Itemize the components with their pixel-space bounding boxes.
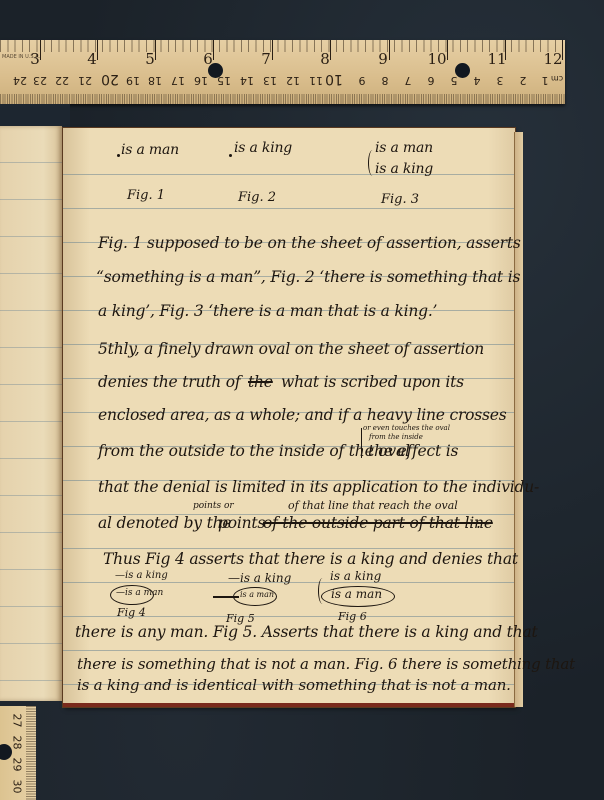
fig6-label: Fig 6 — [338, 610, 367, 623]
inch-tick — [40, 40, 41, 60]
text-line-6: enclosed area, as a whole; and if a heav… — [98, 406, 507, 424]
cm-label: 11 — [309, 74, 323, 87]
text-line-9b: points — [218, 514, 265, 532]
cm-label: 30 — [11, 780, 24, 794]
cm-label: 28 — [11, 736, 24, 750]
cm-label: 8 — [382, 74, 389, 87]
inch-label: 11 — [487, 50, 506, 68]
ruler-hole — [208, 63, 223, 78]
cm-label: 4 — [474, 74, 481, 87]
cm-label: 3 — [497, 74, 504, 87]
graph-dot — [117, 154, 120, 157]
inch-label: 7 — [261, 50, 271, 68]
insertion-points-or: points or — [193, 501, 234, 511]
fig4-outside: —is a king — [115, 570, 168, 581]
cm-label: 23 — [33, 74, 47, 87]
cm-label: 1 — [542, 74, 549, 87]
text-line-11: there is any man. Fig 5. Asserts that th… — [75, 623, 538, 641]
ruler-left-ticks — [26, 706, 36, 800]
cm-label: 18 — [148, 74, 162, 87]
ruler-left: 27 28 29 30 — [0, 706, 36, 800]
inch-label: 8 — [320, 50, 330, 68]
cm-label: 6 — [428, 74, 435, 87]
fig6-inside: is a man — [331, 587, 382, 601]
fig3-graph-top: is a man — [375, 140, 433, 156]
text-line-2: “something is a man”, Fig. 2 ‘there is s… — [96, 268, 520, 286]
inch-label: 9 — [378, 50, 388, 68]
inch-label: 12 — [543, 50, 562, 68]
cm-label: 7 — [405, 74, 412, 87]
inch-label: 10 — [427, 50, 446, 68]
cm-label: 10 — [325, 71, 343, 87]
inch-tick — [330, 40, 331, 60]
inch-tick — [272, 40, 273, 60]
text-line-3: a king’, Fig. 3 ‘there is a man that is … — [98, 302, 437, 320]
text-line-12: there is something that is not a man. Fi… — [77, 655, 575, 673]
manuscript-page: is a man Fig. 1 is a king Fig. 2 is a ma… — [63, 128, 515, 707]
page-edge — [514, 132, 523, 707]
text-line-4: 5thly, a finely drawn oval on the sheet … — [98, 340, 484, 358]
cm-label: 21 — [78, 74, 92, 87]
inch-tick — [213, 40, 214, 60]
fig4-inside: —is a man — [116, 588, 163, 598]
cm-label: 17 — [171, 74, 185, 87]
inch-label: 5 — [145, 50, 155, 68]
text-line-13: is a king and is identical with somethin… — [77, 676, 511, 694]
inch-tick — [155, 40, 156, 60]
fig5-inside: is a man — [240, 590, 274, 599]
cm-label: 2 — [520, 74, 527, 87]
cm-label: 12 — [286, 74, 300, 87]
text-line-8: that the denial is limited in its applic… — [98, 478, 539, 496]
text-line-5b: what is scribed upon its — [281, 373, 464, 391]
cm-label: 19 — [126, 74, 140, 87]
ruler-hole — [455, 63, 470, 78]
fig3-graph-bottom: is a king — [375, 161, 433, 177]
fig1-label: Fig. 1 — [127, 188, 165, 203]
struck-word: the — [248, 373, 273, 391]
cm-label: 13 — [263, 74, 277, 87]
fig2-label: Fig. 2 — [238, 190, 276, 205]
text-line-9c: . — [476, 514, 481, 532]
cm-label: 29 — [11, 758, 24, 772]
margin-insertion-1: or even touches the oval — [363, 424, 450, 432]
inch-label: 4 — [87, 50, 97, 68]
insertion-bracket — [361, 428, 366, 458]
inch-tick — [447, 40, 448, 60]
fig3-label: Fig. 3 — [381, 192, 419, 207]
cm-label: 16 — [194, 74, 208, 87]
text-line-9a: al denoted by the — [98, 514, 231, 532]
ruler-cm-ticks — [0, 94, 565, 104]
cm-label: 27 — [11, 714, 24, 728]
fig1-graph: is a man — [121, 142, 179, 158]
graph-dot — [229, 154, 232, 157]
cm-unit-label: cm — [551, 74, 563, 83]
struck-phrase: of the outside part of that line — [263, 514, 493, 532]
inch-label: 3 — [30, 50, 40, 68]
cm-label: 24 — [13, 74, 27, 87]
margin-insertion-2: from the inside — [369, 433, 423, 441]
cm-label: 20 — [101, 71, 119, 87]
cm-label: 22 — [55, 74, 69, 87]
inch-tick — [97, 40, 98, 60]
fig6-outside: is a king — [330, 569, 381, 583]
text-line-5a: denies the truth of — [98, 373, 240, 391]
cm-label: 14 — [240, 74, 254, 87]
ruler-top: MADE IN U.S.A. 3 4 5 6 7 8 9 10 11 12 24… — [0, 40, 565, 104]
fig2-graph: is a king — [234, 140, 292, 156]
cm-label: 9 — [359, 74, 366, 87]
ruler-inch-ticks — [0, 40, 565, 52]
inch-tick — [389, 40, 390, 60]
fig4-label: Fig 4 — [117, 606, 146, 619]
text-line-1: Fig. 1 supposed to be on the sheet of as… — [98, 234, 521, 252]
insertion-above-strike: of that line that reach the oval — [288, 499, 458, 512]
notebook-cover-edge — [0, 104, 70, 128]
facing-page-left — [0, 126, 62, 701]
text-line-10: Thus Fig 4 asserts that there is a king … — [103, 550, 518, 568]
fig5-outside: —is a king — [228, 571, 291, 585]
text-line-7b: the effect is — [368, 442, 458, 460]
